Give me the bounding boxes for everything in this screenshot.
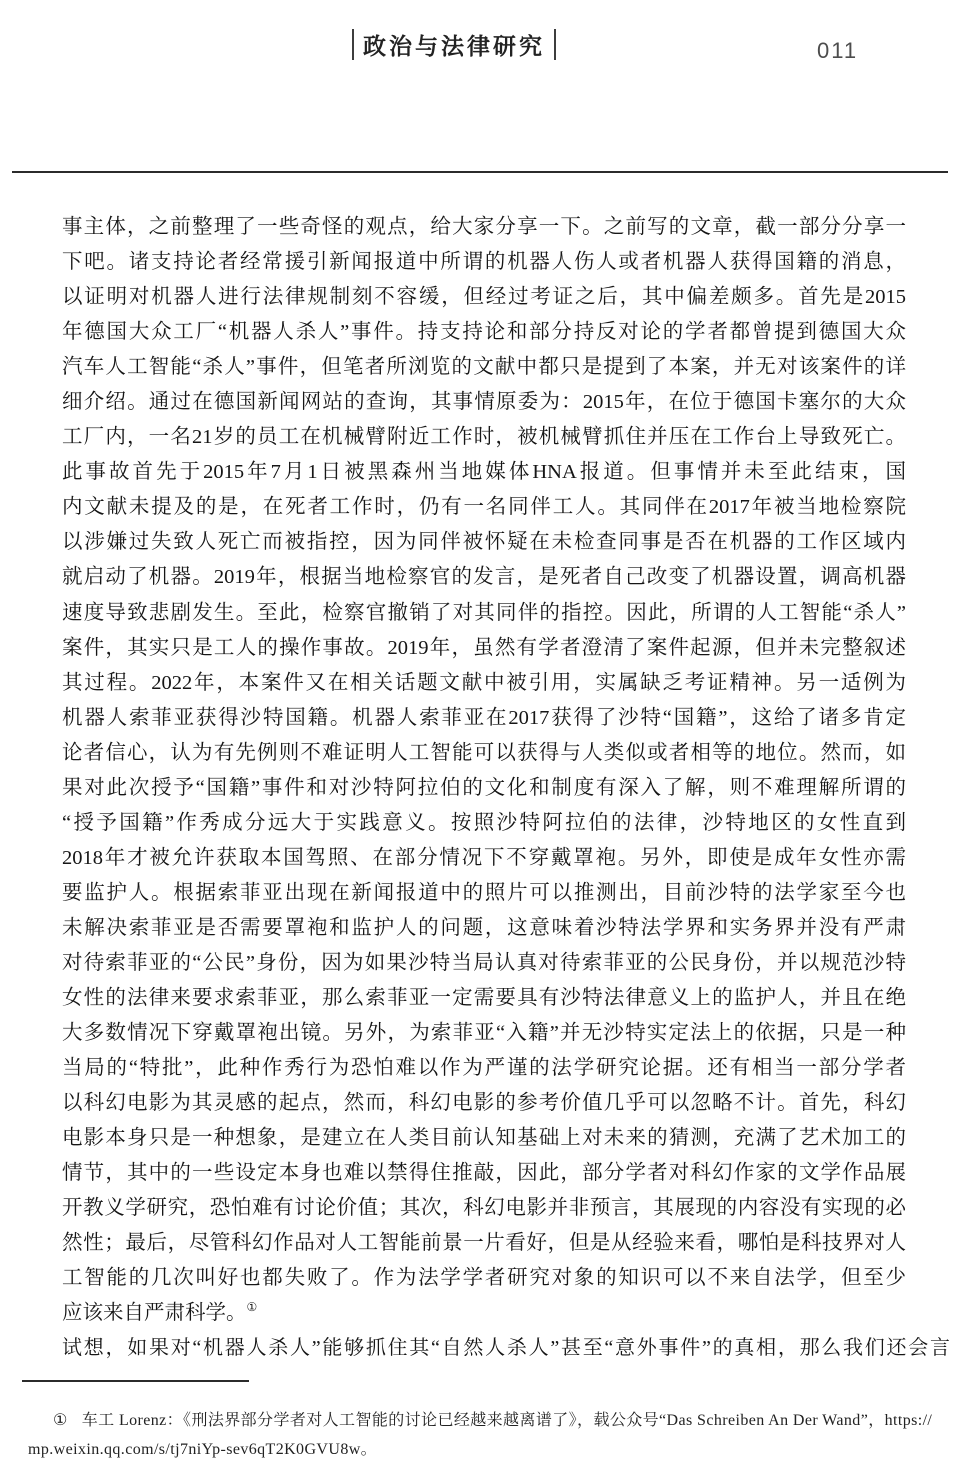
body-line: 其过程。2022年，本案件又在相关话题文献中被引用，实属缺乏考证精神。另一适例为 bbox=[62, 666, 906, 701]
body-line: 对待索菲亚的“公民”身份，因为如果沙特当局认真对待索菲亚的公民身份，并以规范沙特 bbox=[62, 946, 906, 981]
footnote: ①车工 Lorenz：《刑法界部分学者对人工智能的讨论已经越来越离谱了》，载公众… bbox=[28, 1407, 944, 1464]
main-paragraph: 事主体，之前整理了一些奇怪的观点，给大家分享一下。之前写的文章，截一部分分享一下… bbox=[62, 210, 906, 1332]
body-line: 机器人索菲亚获得沙特国籍。机器人索菲亚在2017获得了沙特“国籍”，这给了诸多肯… bbox=[62, 701, 906, 736]
document-page: 政治与法律研究 011 事主体，之前整理了一些奇怪的观点，给大家分享一下。之前写… bbox=[0, 0, 958, 1476]
body-line: 工智能的几次叫好也都失败了。作为法学学者研究对象的知识可以不来自法学，但至少 bbox=[62, 1261, 906, 1296]
body-line: 细介绍。通过在德国新闻网站的查询，其事情原委为：2015年，在位于德国卡塞尔的大… bbox=[62, 385, 906, 420]
body-line: 此事故首先于2015年7月1日被黑森州当地媒体HNA报道。但事情并未至此结束，国 bbox=[62, 455, 906, 490]
body-line: 事主体，之前整理了一些奇怪的观点，给大家分享一下。之前写的文章，截一部分分享一 bbox=[62, 210, 906, 245]
body-line: 下吧。诸支持论者经常援引新闻报道中所谓的机器人伤人或者机器人获得国籍的消息， bbox=[62, 245, 906, 280]
body-line: 以涉嫌过失致人死亡而被指控，因为同伴被怀疑在未检查同事是否在机器的工作区域内 bbox=[62, 525, 906, 560]
body-line: 工厂内，一名21岁的员工在机械臂附近工作时，被机械臂抓住并压在工作台上导致死亡。 bbox=[62, 420, 906, 455]
body-line: 案件，其实只是工人的操作事故。2019年，虽然有学者澄清了案件起源，但并未完整叙… bbox=[62, 631, 906, 666]
body-line: 试想，如果对“机器人杀人”能够抓住其“自然人杀人”甚至“意外事件”的真相，那么我… bbox=[62, 1331, 950, 1366]
body-line: 大多数情况下穿戴罩袍出镜。另外，为索菲亚“入籍”并无沙特实定法上的依据，只是一种 bbox=[62, 1016, 906, 1051]
second-paragraph: 试想，如果对“机器人杀人”能够抓住其“自然人杀人”甚至“意外事件”的真相，那么我… bbox=[62, 1331, 950, 1366]
page-number: 011 bbox=[817, 38, 858, 64]
body-line: 内文献未提及的是，在死者工作时，仍有一名同伴工人。其同伴在2017年被当地检察院 bbox=[62, 490, 906, 525]
body-line: 要监护人。根据索菲亚出现在新闻报道中的照片可以推测出，目前沙特的法学家至今也 bbox=[62, 876, 906, 911]
body-line: 以证明对机器人进行法律规制刻不容缓，但经过考证之后，其中偏差颇多。首先是2015 bbox=[62, 280, 906, 315]
body-line: 2018年才被允许获取本国驾照、在部分情况下不穿戴罩袍。另外，即使是成年女性亦需 bbox=[62, 841, 906, 876]
footnote-line: ①车工 Lorenz：《刑法界部分学者对人工智能的讨论已经越来越离谱了》，载公众… bbox=[28, 1407, 944, 1436]
body-line: 当局的“特批”，此种作秀行为恐怕难以作为严谨的法学研究论据。还有相当一部分学者 bbox=[62, 1051, 906, 1086]
body-line: 应该来自严肃科学。① bbox=[62, 1296, 906, 1331]
body-line: 速度导致悲剧发生。至此，检察官撤销了对其同伴的指控。因此，所谓的人工智能“杀人” bbox=[62, 596, 906, 631]
body-line: 电影本身只是一种想象，是建立在人类目前认知基础上对未来的猜测，充满了艺术加工的 bbox=[62, 1121, 906, 1156]
body-line: 论者信心，认为有先例则不难证明人工智能可以获得与人类似或者相等的地位。然而，如 bbox=[62, 736, 906, 771]
footnote-divider bbox=[22, 1380, 249, 1382]
section-title: 政治与法律研究 bbox=[363, 28, 545, 61]
body-line: 果对此次授予“国籍”事件和对沙特阿拉伯的文化和制度有深入了解，则不难理解所谓的 bbox=[62, 771, 906, 806]
body-line: “授予国籍”作秀成分远大于实践意义。按照沙特阿拉伯的法律，沙特地区的女性直到 bbox=[62, 806, 906, 841]
footnote-ref-marker: ① bbox=[247, 1301, 258, 1315]
body-line: 然性；最后，尽管科幻作品对人工智能前景一片看好，但是从经验来看，哪怕是科技界对人 bbox=[62, 1226, 906, 1261]
body-line: 汽车人工智能“杀人”事件，但笔者所浏览的文献中都只是提到了本案，并无对该案件的详 bbox=[62, 350, 906, 385]
footnote-number: ① bbox=[53, 1412, 68, 1429]
title-left-bar bbox=[352, 29, 354, 60]
body-line: 女性的法律来要求索菲亚，那么索菲亚一定需要具有沙特法律意义上的监护人，并且在绝 bbox=[62, 981, 906, 1016]
body-line: 以科幻电影为其灵感的起点，然而，科幻电影的参考价值几乎可以忽略不计。首先，科幻 bbox=[62, 1086, 906, 1121]
body-line: 未解决索菲亚是否需要罩袍和监护人的问题，这意味着沙特法学界和实务界并没有严肃 bbox=[62, 911, 906, 946]
body-line: 开教义学研究，恐怕难有讨论价值；其次，科幻电影并非预言，其展现的内容没有实现的必 bbox=[62, 1191, 906, 1226]
body-line: 就启动了机器。2019年，根据当地检察官的发言，是死者自己改变了机器设置，调高机… bbox=[62, 560, 906, 595]
title-right-bar bbox=[554, 29, 556, 60]
body-line: 年德国大众工厂“机器人杀人”事件。持支持论和部分持反对论的学者都曾提到德国大众 bbox=[62, 315, 906, 350]
running-head: 政治与法律研究 bbox=[352, 28, 556, 61]
footnote-line: mp.weixin.qq.com/s/tj7niYp-sev6qT2K0GVU8… bbox=[28, 1436, 944, 1465]
header-divider bbox=[12, 171, 948, 173]
body-line: 情节，其中的一些设定本身也难以禁得住推敲，因此，部分学者对科幻作家的文学作品展 bbox=[62, 1156, 906, 1191]
